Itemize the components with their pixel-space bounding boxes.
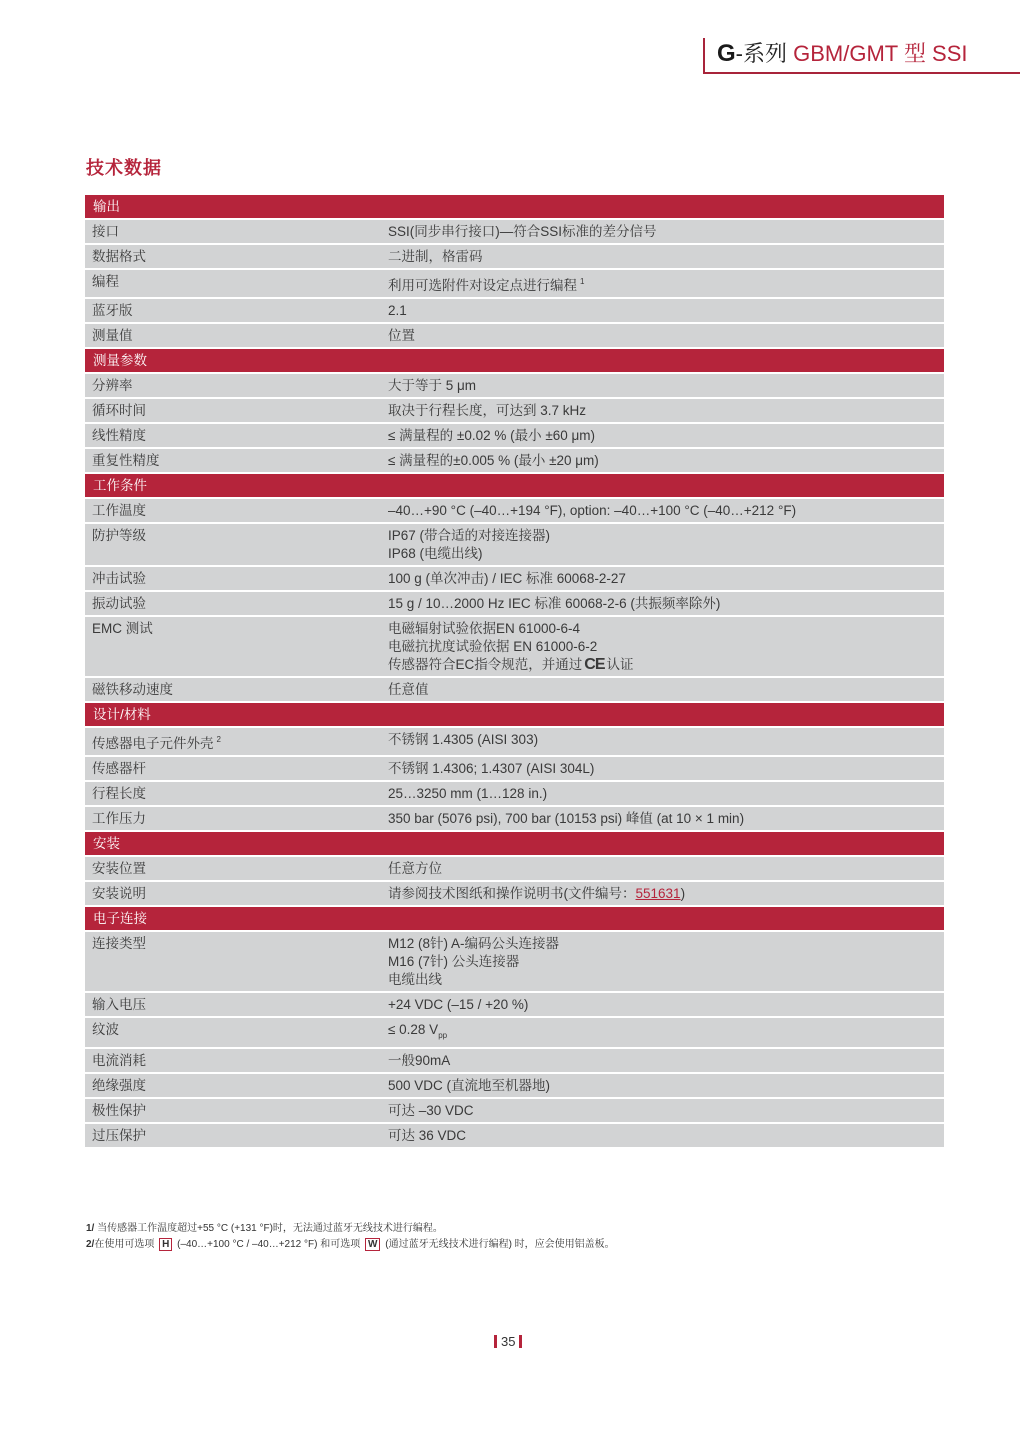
row-value-line: 传感器符合EC指令规范，并通过CE认证 bbox=[388, 656, 944, 674]
row-value: 350 bar (5076 psi), 700 bar (10153 psi) … bbox=[388, 807, 944, 830]
row-value-line: 任意值 bbox=[388, 681, 944, 699]
row-value-text: ≤ 0.28 V bbox=[388, 1022, 438, 1037]
row-label: 分辨率 bbox=[85, 374, 388, 397]
row-value-text: 100 g (单次冲击) / IEC 标准 60068-2-27 bbox=[388, 571, 626, 586]
group-header-row: 输出 bbox=[85, 195, 944, 218]
row-value-text: 电缆出线 bbox=[388, 972, 442, 987]
spec-table: 输出接口SSI(同步串行接口)—符合SSI标准的差分信号数据格式二进制，格雷码编… bbox=[85, 195, 944, 1149]
row-value: 请参阅技术图纸和操作说明书(文件编号：551631) bbox=[388, 882, 944, 905]
subscript: pp bbox=[438, 1031, 447, 1040]
row-value: 大于等于 5 μm bbox=[388, 374, 944, 397]
table-row: 测量值位置 bbox=[85, 324, 944, 347]
row-value-line: 25…3250 mm (1…128 in.) bbox=[388, 785, 944, 803]
row-label: 冲击试验 bbox=[85, 567, 388, 590]
row-label-text: 测量值 bbox=[92, 328, 133, 343]
group-header-row: 工作条件 bbox=[85, 474, 944, 497]
row-value-text: 取决于行程长度，可达到 3.7 kHz bbox=[388, 403, 586, 418]
row-value: 不锈钢 1.4305 (AISI 303) bbox=[388, 728, 944, 755]
row-value-line: 可达 36 VDC bbox=[388, 1127, 944, 1145]
row-value-line: 不锈钢 1.4305 (AISI 303) bbox=[388, 731, 944, 749]
row-value: 取决于行程长度，可达到 3.7 kHz bbox=[388, 399, 944, 422]
table-row: 分辨率大于等于 5 μm bbox=[85, 374, 944, 397]
row-value-text: 任意方位 bbox=[388, 861, 442, 876]
row-value-line: 电磁辐射试验依据EN 61000-6-4 bbox=[388, 620, 944, 638]
row-value-line: 任意方位 bbox=[388, 860, 944, 878]
row-value-line: SSI(同步串行接口)—符合SSI标准的差分信号 bbox=[388, 223, 944, 241]
row-value-text: IP67 (带合适的对接连接器) bbox=[388, 528, 550, 543]
row-value: 500 VDC (直流地至机器地) bbox=[388, 1074, 944, 1097]
row-value-text: –40…+90 °C (–40…+194 °F), option: –40…+1… bbox=[388, 503, 796, 518]
row-value-text: ≤ 满量程的±0.005 % (最小 ±20 μm) bbox=[388, 453, 599, 468]
row-value-text: 350 bar (5076 psi), 700 bar (10153 psi) … bbox=[388, 811, 744, 826]
row-value-line: 2.1 bbox=[388, 302, 944, 320]
row-value: +24 VDC (–15 / +20 %) bbox=[388, 993, 944, 1016]
section-title: 技术数据 bbox=[86, 154, 162, 180]
row-value: ≤ 满量程的±0.005 % (最小 ±20 μm) bbox=[388, 449, 944, 472]
page-header: G-系列 GBM/GMT 型 SSI bbox=[703, 38, 1020, 74]
row-label: 安装位置 bbox=[85, 857, 388, 880]
row-label-text: 工作压力 bbox=[92, 811, 146, 826]
row-value-text: 电磁抗扰度试验依据 EN 61000-6-2 bbox=[388, 639, 597, 654]
footnote-1-text: 当传感器工作温度超过+55 °C (+131 °F)时，无法通过蓝牙无线技术进行… bbox=[94, 1223, 443, 1234]
row-label-text: 磁铁移动速度 bbox=[92, 682, 173, 697]
row-value: 利用可选附件对设定点进行编程1 bbox=[388, 270, 944, 297]
page-number-bar-right bbox=[519, 1335, 522, 1348]
row-label-text: 重复性精度 bbox=[92, 453, 160, 468]
row-value: 任意值 bbox=[388, 678, 944, 701]
table-row: 工作温度–40…+90 °C (–40…+194 °F), option: –4… bbox=[85, 499, 944, 522]
row-label-text: 蓝牙版 bbox=[92, 303, 133, 318]
table-row: 过压保护可达 36 VDC bbox=[85, 1124, 944, 1147]
row-value-line: ≤ 0.28 Vpp bbox=[388, 1021, 944, 1045]
row-value-line: 500 VDC (直流地至机器地) bbox=[388, 1077, 944, 1095]
row-value-text: 可达 36 VDC bbox=[388, 1128, 466, 1143]
table-row: 振动试验15 g / 10…2000 Hz IEC 标准 60068-2-6 (… bbox=[85, 592, 944, 615]
row-label-text: 循环时间 bbox=[92, 403, 146, 418]
row-label: 循环时间 bbox=[85, 399, 388, 422]
row-value-text: IP68 (电缆出线) bbox=[388, 546, 483, 561]
ce-mark-icon: CE bbox=[584, 656, 604, 673]
table-row: 工作压力350 bar (5076 psi), 700 bar (10153 p… bbox=[85, 807, 944, 830]
table-row: 电流消耗一般90mA bbox=[85, 1049, 944, 1072]
row-label-text: 极性保护 bbox=[92, 1103, 146, 1118]
row-value-text: 500 VDC (直流地至机器地) bbox=[388, 1078, 550, 1093]
row-value-line: ≤ 满量程的±0.005 % (最小 ±20 μm) bbox=[388, 452, 944, 470]
row-value-line: IP67 (带合适的对接连接器) bbox=[388, 527, 944, 545]
group-header-row: 测量参数 bbox=[85, 349, 944, 372]
row-value-line: 二进制，格雷码 bbox=[388, 248, 944, 266]
row-label: EMC 测试 bbox=[85, 617, 388, 676]
row-value-text: 不锈钢 1.4306; 1.4307 (AISI 304L) bbox=[388, 761, 594, 776]
row-label-text: 传感器电子元件外壳 bbox=[92, 736, 214, 751]
row-label-text: 数据格式 bbox=[92, 249, 146, 264]
row-value: 一般90mA bbox=[388, 1049, 944, 1072]
row-value-text: 电磁辐射试验依据EN 61000-6-4 bbox=[388, 621, 580, 636]
row-value: 电磁辐射试验依据EN 61000-6-4电磁抗扰度试验依据 EN 61000-6… bbox=[388, 617, 944, 676]
row-value-line: 15 g / 10…2000 Hz IEC 标准 60068-2-6 (共振频率… bbox=[388, 595, 944, 613]
row-label: 测量值 bbox=[85, 324, 388, 347]
document-number-link[interactable]: 551631 bbox=[636, 886, 681, 901]
group-header-label: 电子连接 bbox=[85, 907, 944, 930]
row-value-text: M16 (7针) 公头连接器 bbox=[388, 954, 519, 969]
row-label: 行程长度 bbox=[85, 782, 388, 805]
row-value-line: –40…+90 °C (–40…+194 °F), option: –40…+1… bbox=[388, 502, 944, 520]
row-label-text: 安装说明 bbox=[92, 886, 146, 901]
row-label: 磁铁移动速度 bbox=[85, 678, 388, 701]
row-value: 可达 –30 VDC bbox=[388, 1099, 944, 1122]
row-value-text: SSI(同步串行接口)—符合SSI标准的差分信号 bbox=[388, 224, 657, 239]
row-value-line: 一般90mA bbox=[388, 1052, 944, 1070]
row-value-line: M16 (7针) 公头连接器 bbox=[388, 953, 944, 971]
row-label-text: 工作温度 bbox=[92, 503, 146, 518]
table-row: 线性精度≤ 满量程的 ±0.02 % (最小 ±60 μm) bbox=[85, 424, 944, 447]
group-header-row: 电子连接 bbox=[85, 907, 944, 930]
row-label: 安装说明 bbox=[85, 882, 388, 905]
row-label: 纹波 bbox=[85, 1018, 388, 1047]
row-value: 不锈钢 1.4306; 1.4307 (AISI 304L) bbox=[388, 757, 944, 780]
footnote-2-text-c: (通过蓝牙无线技术进行编程) 时，应会使用铝盖板。 bbox=[385, 1239, 614, 1250]
table-row: 绝缘强度500 VDC (直流地至机器地) bbox=[85, 1074, 944, 1097]
header-series-label: -系列 bbox=[736, 41, 787, 66]
row-label: 蓝牙版 bbox=[85, 299, 388, 322]
option-w-badge: W bbox=[365, 1238, 380, 1251]
row-label: 连接类型 bbox=[85, 932, 388, 991]
row-label-text: 过压保护 bbox=[92, 1128, 146, 1143]
table-row: 输入电压+24 VDC (–15 / +20 %) bbox=[85, 993, 944, 1016]
row-label: 传感器杆 bbox=[85, 757, 388, 780]
row-value-line: 可达 –30 VDC bbox=[388, 1102, 944, 1120]
option-h-badge: H bbox=[159, 1238, 172, 1251]
row-value: –40…+90 °C (–40…+194 °F), option: –40…+1… bbox=[388, 499, 944, 522]
table-row: 数据格式二进制，格雷码 bbox=[85, 245, 944, 268]
row-value-line: 电缆出线 bbox=[388, 971, 944, 989]
row-label: 极性保护 bbox=[85, 1099, 388, 1122]
row-value: 任意方位 bbox=[388, 857, 944, 880]
row-value: 可达 36 VDC bbox=[388, 1124, 944, 1147]
row-label-text: 分辨率 bbox=[92, 378, 133, 393]
footnote-2-text-a: 在使用可选项 bbox=[94, 1239, 154, 1250]
table-row: 编程利用可选附件对设定点进行编程1 bbox=[85, 270, 944, 297]
row-value-text: 二进制，格雷码 bbox=[388, 249, 483, 264]
row-label: 工作温度 bbox=[85, 499, 388, 522]
row-label: 传感器电子元件外壳2 bbox=[85, 728, 388, 755]
table-row: 极性保护可达 –30 VDC bbox=[85, 1099, 944, 1122]
row-value-line: 位置 bbox=[388, 327, 944, 345]
table-row: EMC 测试电磁辐射试验依据EN 61000-6-4电磁抗扰度试验依据 EN 6… bbox=[85, 617, 944, 676]
row-value: IP67 (带合适的对接连接器)IP68 (电缆出线) bbox=[388, 524, 944, 565]
table-row: 传感器杆不锈钢 1.4306; 1.4307 (AISI 304L) bbox=[85, 757, 944, 780]
header-series-letter: G bbox=[717, 40, 736, 67]
row-label-text: 绝缘强度 bbox=[92, 1078, 146, 1093]
row-value-line: M12 (8针) A-编码公头连接器 bbox=[388, 935, 944, 953]
row-value-line: 取决于行程长度，可达到 3.7 kHz bbox=[388, 402, 944, 420]
row-label-text: 传感器杆 bbox=[92, 761, 146, 776]
row-value-text: 任意值 bbox=[388, 682, 429, 697]
table-row: 安装位置任意方位 bbox=[85, 857, 944, 880]
footnote-2: 2/在使用可选项 H (–40…+100 °C / –40…+212 °F) 和… bbox=[86, 1237, 615, 1253]
row-label: 振动试验 bbox=[85, 592, 388, 615]
row-label: 工作压力 bbox=[85, 807, 388, 830]
row-value-text: 利用可选附件对设定点进行编程 bbox=[388, 278, 577, 293]
row-value-text: 2.1 bbox=[388, 303, 407, 318]
row-label: 绝缘强度 bbox=[85, 1074, 388, 1097]
table-row: 循环时间取决于行程长度，可达到 3.7 kHz bbox=[85, 399, 944, 422]
row-value: 15 g / 10…2000 Hz IEC 标准 60068-2-6 (共振频率… bbox=[388, 592, 944, 615]
row-value-text: 传感器符合EC指令规范，并通过 bbox=[388, 657, 582, 672]
row-label-text: 连接类型 bbox=[92, 936, 146, 951]
table-row: 接口SSI(同步串行接口)—符合SSI标准的差分信号 bbox=[85, 220, 944, 243]
table-row: 防护等级IP67 (带合适的对接连接器)IP68 (电缆出线) bbox=[85, 524, 944, 565]
row-value-line: 不锈钢 1.4306; 1.4307 (AISI 304L) bbox=[388, 760, 944, 778]
row-label-text: 输入电压 bbox=[92, 997, 146, 1012]
footnote-ref: 1 bbox=[580, 277, 584, 286]
page-number: 35 bbox=[494, 1334, 522, 1349]
page-number-text: 35 bbox=[501, 1334, 515, 1349]
row-value-text: ) bbox=[681, 886, 686, 901]
row-value: 位置 bbox=[388, 324, 944, 347]
group-header-row: 安装 bbox=[85, 832, 944, 855]
row-label-text: 编程 bbox=[92, 274, 119, 289]
table-row: 重复性精度≤ 满量程的±0.005 % (最小 ±20 μm) bbox=[85, 449, 944, 472]
row-value-line: 大于等于 5 μm bbox=[388, 377, 944, 395]
row-label: 重复性精度 bbox=[85, 449, 388, 472]
table-row: 安装说明请参阅技术图纸和操作说明书(文件编号：551631) bbox=[85, 882, 944, 905]
row-value-text: +24 VDC (–15 / +20 %) bbox=[388, 997, 528, 1012]
row-value-text: 一般90mA bbox=[388, 1053, 450, 1068]
table-row: 磁铁移动速度任意值 bbox=[85, 678, 944, 701]
row-value-text: 请参阅技术图纸和操作说明书(文件编号： bbox=[388, 886, 636, 901]
row-label: 输入电压 bbox=[85, 993, 388, 1016]
row-value-text: 可达 –30 VDC bbox=[388, 1103, 474, 1118]
row-value-line: 350 bar (5076 psi), 700 bar (10153 psi) … bbox=[388, 810, 944, 828]
row-value-text: 位置 bbox=[388, 328, 415, 343]
row-label-text: 接口 bbox=[92, 224, 119, 239]
header-model: GBM/GMT 型 SSI bbox=[793, 41, 967, 66]
row-value: ≤ 满量程的 ±0.02 % (最小 ±60 μm) bbox=[388, 424, 944, 447]
table-row: 连接类型M12 (8针) A-编码公头连接器M16 (7针) 公头连接器电缆出线 bbox=[85, 932, 944, 991]
row-value-text: ≤ 满量程的 ±0.02 % (最小 ±60 μm) bbox=[388, 428, 595, 443]
page-number-bar-left bbox=[494, 1335, 497, 1348]
row-value-line: IP68 (电缆出线) bbox=[388, 545, 944, 563]
row-label: 线性精度 bbox=[85, 424, 388, 447]
group-header-label: 工作条件 bbox=[85, 474, 944, 497]
row-label: 电流消耗 bbox=[85, 1049, 388, 1072]
row-value: M12 (8针) A-编码公头连接器M16 (7针) 公头连接器电缆出线 bbox=[388, 932, 944, 991]
row-value-text: 大于等于 5 μm bbox=[388, 378, 476, 393]
group-header-label: 安装 bbox=[85, 832, 944, 855]
row-value-line: 请参阅技术图纸和操作说明书(文件编号：551631) bbox=[388, 885, 944, 903]
row-label: 接口 bbox=[85, 220, 388, 243]
table-row: 冲击试验100 g (单次冲击) / IEC 标准 60068-2-27 bbox=[85, 567, 944, 590]
row-value: 二进制，格雷码 bbox=[388, 245, 944, 268]
row-value-line: 100 g (单次冲击) / IEC 标准 60068-2-27 bbox=[388, 570, 944, 588]
row-value-text: 25…3250 mm (1…128 in.) bbox=[388, 786, 547, 801]
row-value: 2.1 bbox=[388, 299, 944, 322]
row-label: 数据格式 bbox=[85, 245, 388, 268]
row-label-text: 行程长度 bbox=[92, 786, 146, 801]
group-header-label: 设计/材料 bbox=[85, 703, 944, 726]
row-label-text: 纹波 bbox=[92, 1022, 119, 1037]
footnote-ref: 2 bbox=[217, 735, 221, 744]
row-label-text: 冲击试验 bbox=[92, 571, 146, 586]
row-label: 过压保护 bbox=[85, 1124, 388, 1147]
row-label-text: 电流消耗 bbox=[92, 1053, 146, 1068]
footnote-1: 1/ 当传感器工作温度超过+55 °C (+131 °F)时，无法通过蓝牙无线技… bbox=[86, 1221, 615, 1237]
row-label: 编程 bbox=[85, 270, 388, 297]
row-value-text: 15 g / 10…2000 Hz IEC 标准 60068-2-6 (共振频率… bbox=[388, 596, 720, 611]
row-label-text: 振动试验 bbox=[92, 596, 146, 611]
page-header-title: G-系列 GBM/GMT 型 SSI bbox=[717, 40, 968, 68]
footnotes: 1/ 当传感器工作温度超过+55 °C (+131 °F)时，无法通过蓝牙无线技… bbox=[86, 1221, 615, 1253]
row-label-text: EMC 测试 bbox=[92, 621, 153, 636]
group-header-label: 输出 bbox=[85, 195, 944, 218]
row-value: SSI(同步串行接口)—符合SSI标准的差分信号 bbox=[388, 220, 944, 243]
row-label-text: 防护等级 bbox=[92, 528, 146, 543]
row-value: ≤ 0.28 Vpp bbox=[388, 1018, 944, 1047]
row-value: 25…3250 mm (1…128 in.) bbox=[388, 782, 944, 805]
row-label-text: 线性精度 bbox=[92, 428, 146, 443]
row-value-text: 认证 bbox=[607, 657, 634, 672]
row-value-text: M12 (8针) A-编码公头连接器 bbox=[388, 936, 559, 951]
footnote-2-text-b: (–40…+100 °C / –40…+212 °F) 和可选项 bbox=[177, 1239, 360, 1250]
row-value-line: 利用可选附件对设定点进行编程1 bbox=[388, 273, 944, 295]
row-label: 防护等级 bbox=[85, 524, 388, 565]
table-row: 传感器电子元件外壳2不锈钢 1.4305 (AISI 303) bbox=[85, 728, 944, 755]
row-value-line: ≤ 满量程的 ±0.02 % (最小 ±60 μm) bbox=[388, 427, 944, 445]
group-header-row: 设计/材料 bbox=[85, 703, 944, 726]
row-value-line: 电磁抗扰度试验依据 EN 61000-6-2 bbox=[388, 638, 944, 656]
row-value-text: 不锈钢 1.4305 (AISI 303) bbox=[388, 732, 538, 747]
row-value-line: +24 VDC (–15 / +20 %) bbox=[388, 996, 944, 1014]
row-label-text: 安装位置 bbox=[92, 861, 146, 876]
group-header-label: 测量参数 bbox=[85, 349, 944, 372]
table-row: 行程长度25…3250 mm (1…128 in.) bbox=[85, 782, 944, 805]
table-row: 纹波≤ 0.28 Vpp bbox=[85, 1018, 944, 1047]
table-row: 蓝牙版2.1 bbox=[85, 299, 944, 322]
row-value: 100 g (单次冲击) / IEC 标准 60068-2-27 bbox=[388, 567, 944, 590]
